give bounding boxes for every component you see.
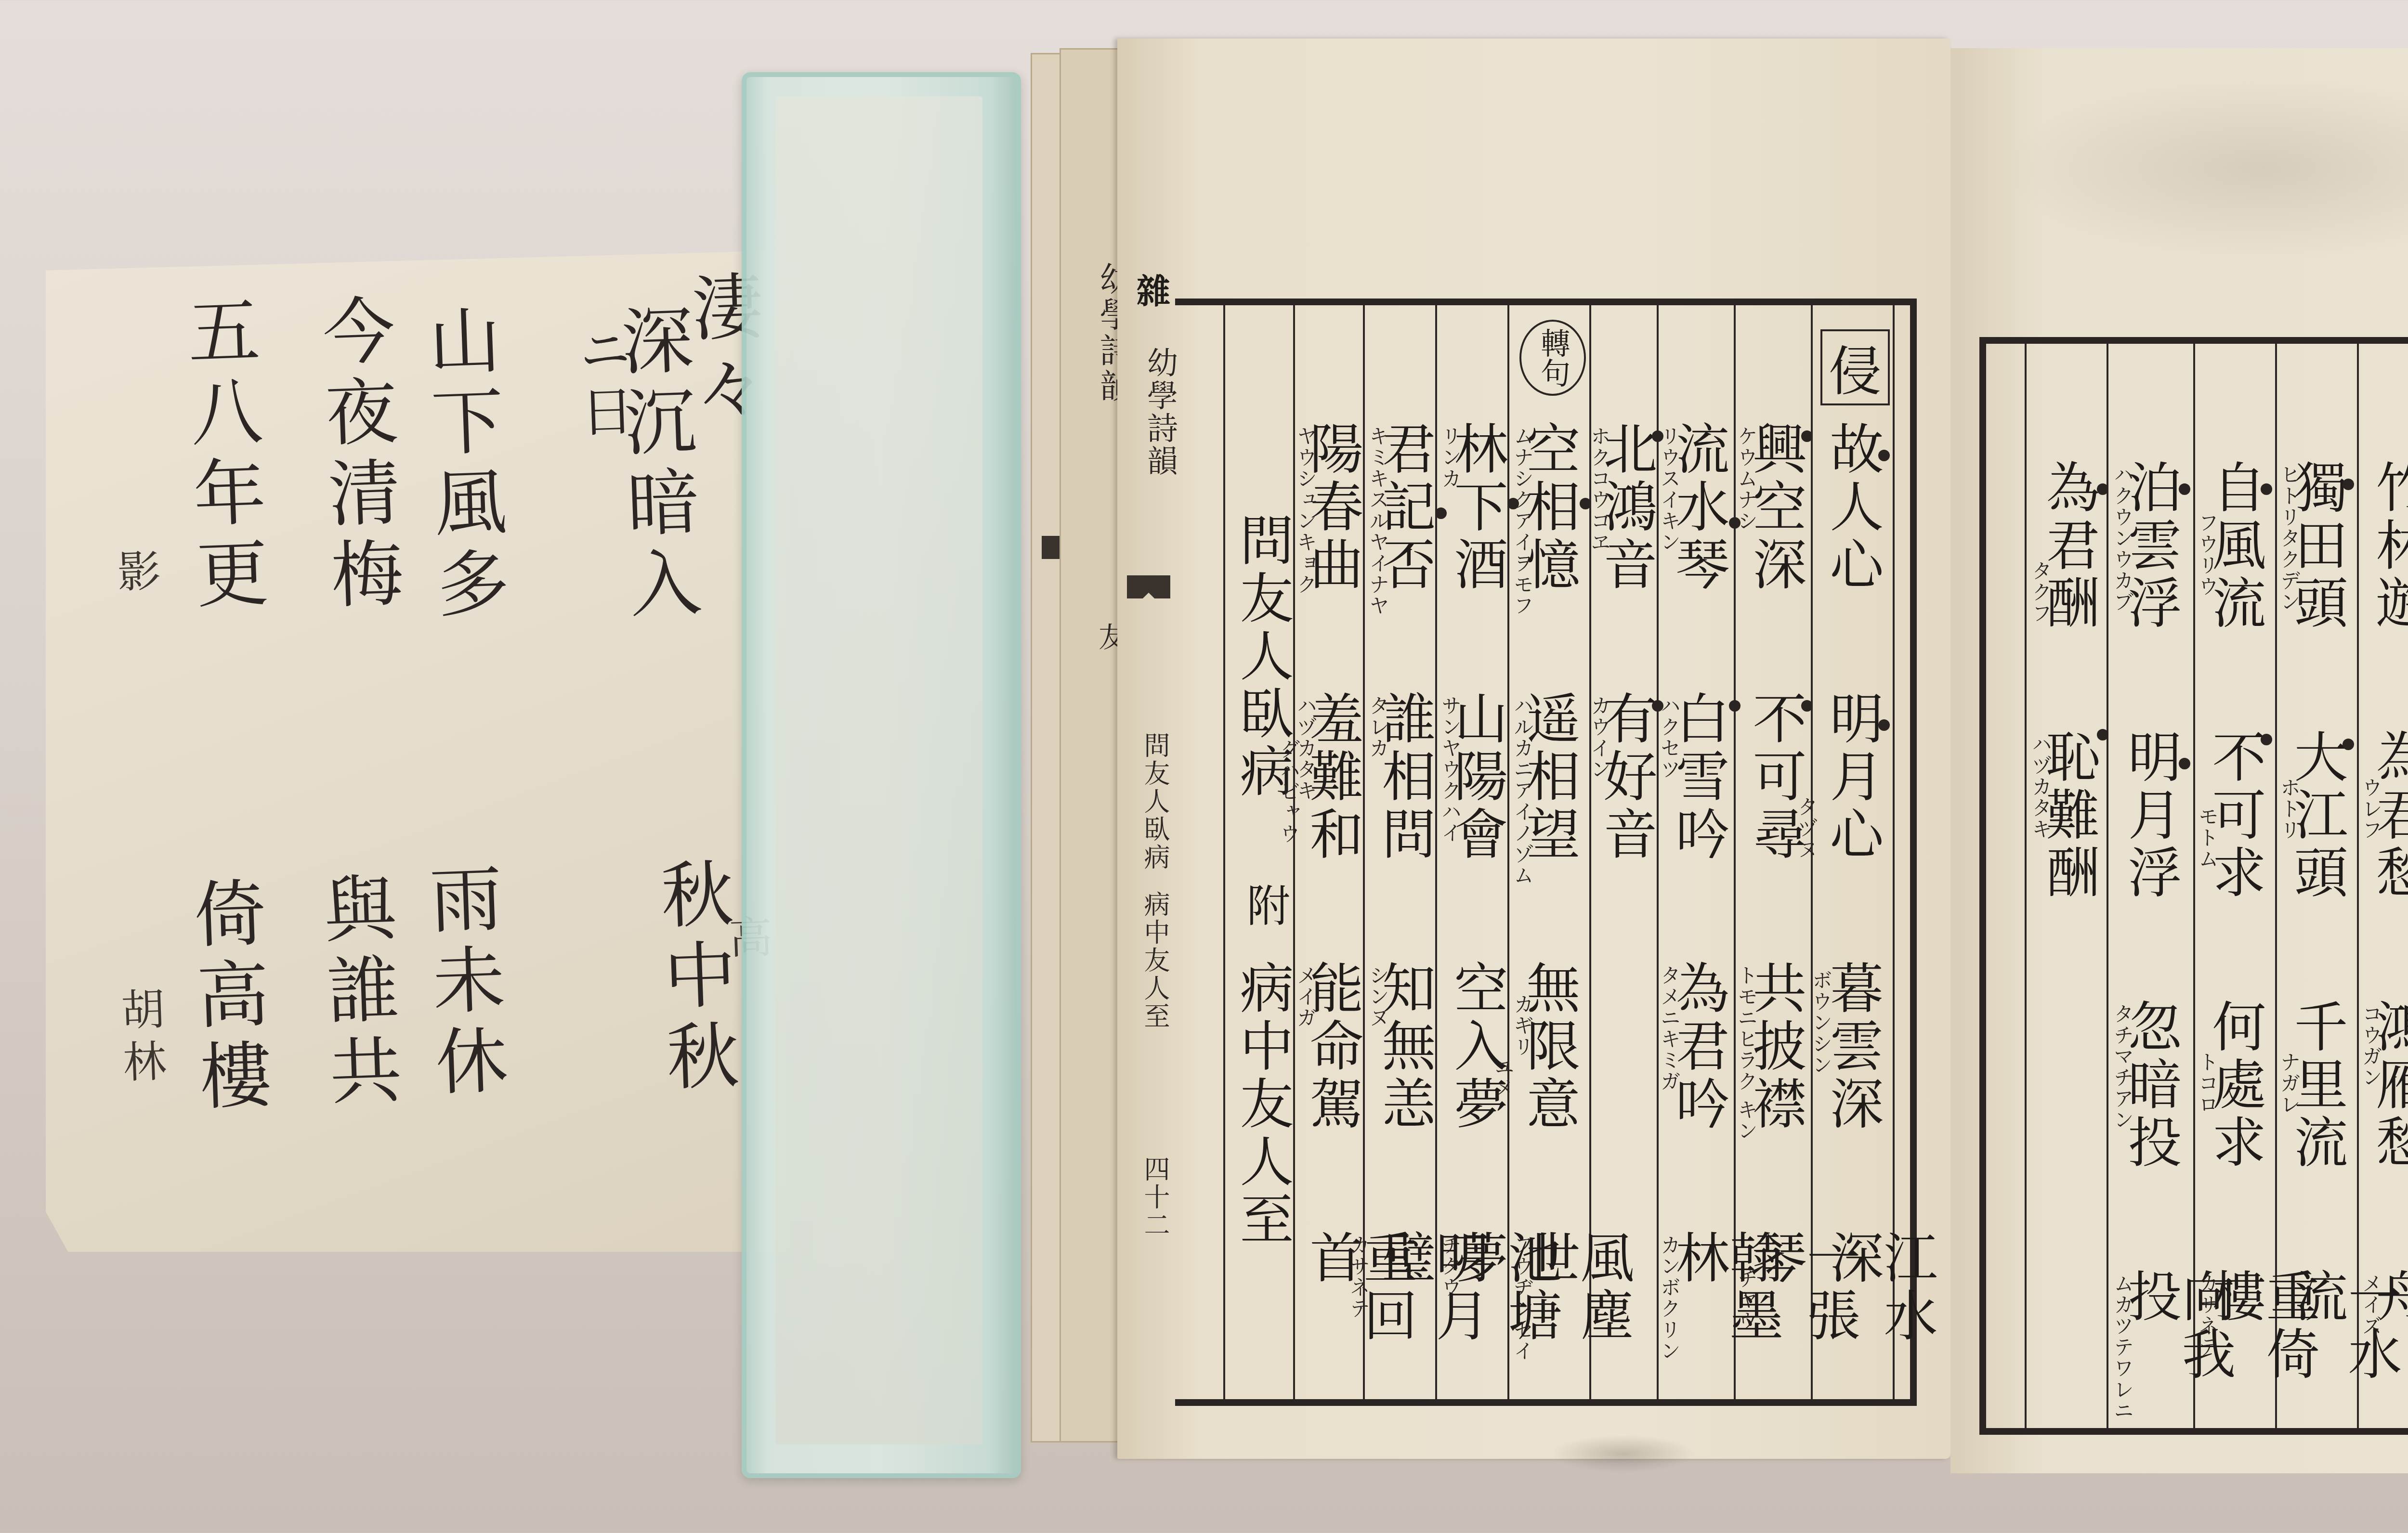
slip-column: 山下風多	[420, 302, 504, 628]
ruby: メイガ	[1296, 965, 1316, 1028]
ruby: ホトリ	[2279, 777, 2299, 841]
punctuation-dot	[1878, 450, 1890, 461]
ruby: ムナシクアイヲモフ	[1512, 426, 1532, 616]
entry: 病中友人至	[1235, 960, 1289, 1249]
ruby: ケウムナシ	[1736, 426, 1756, 532]
ruby: タクフ	[2030, 560, 2051, 624]
ruby: ハクウンウカブ	[2112, 464, 2133, 612]
entry: 向我投	[2123, 1268, 2231, 1428]
ruby: トコロ	[2197, 1052, 2217, 1115]
ruby: トモニヒラク キン	[1736, 965, 1756, 1142]
column-rule	[2025, 344, 2027, 1428]
ruby: ハヅカタキ	[2030, 734, 2051, 840]
punctuation-dot	[1652, 700, 1663, 712]
slip-column: 今夜清梅	[314, 293, 398, 619]
punctuation-dot	[2179, 758, 2190, 769]
ruby: キミキスルヤイナヤ	[1368, 426, 1388, 616]
entry-note: 附	[1243, 883, 1286, 930]
column-rule	[2357, 344, 2359, 1428]
punctuation-dot	[1801, 430, 1813, 442]
punctuation-dot	[2343, 739, 2354, 750]
slip-column: 五八年更	[180, 293, 263, 619]
slip-column: ニ日	[574, 322, 631, 447]
punctuation-dot	[2343, 479, 2354, 490]
book-page-right: 尤 思悠悠 ヲモヒユウユウ 望悠悠 ノゾミ 肩勝遊 セウユウ 誤同遊 アヤマル …	[1950, 48, 2408, 1473]
paper-stain	[1551, 1435, 1695, 1473]
entry: 翰墨林	[1671, 1230, 1779, 1399]
page-number: 四十二	[1137, 1156, 1174, 1239]
entry: 空入夢	[1450, 960, 1504, 1133]
ruby: ムカツテワレニ	[2112, 1273, 2133, 1421]
ruby: グハビャウ	[1279, 739, 1299, 844]
slip-note: 影	[112, 548, 157, 601]
punctuation-dot	[1729, 517, 1741, 529]
ruby: リンカ	[1440, 426, 1460, 489]
entry: 竹林遊	[2371, 459, 2408, 633]
ruby: ユメ	[1493, 1056, 1513, 1099]
punctuation-dot	[1801, 700, 1813, 712]
entry: 故人心	[1825, 421, 1879, 594]
category-marker: 雜	[1137, 265, 1170, 313]
entry: 不可尋	[1748, 690, 1802, 864]
ruby: ホクコウコヱ	[1589, 426, 1610, 553]
ruby: タメニキミガ	[1659, 965, 1679, 1092]
ruby: サンヤウクハイ	[1440, 695, 1460, 844]
ruby: ヒトリタクデン	[2279, 464, 2299, 612]
page-border-frame: 尤 思悠悠 ヲモヒユウユウ 望悠悠 ノゾミ 肩勝遊 セウユウ 誤同遊 アヤマル …	[1979, 337, 2408, 1435]
slip-column: 雨未休	[422, 861, 502, 1106]
ruby: カサネテ	[1348, 1234, 1369, 1319]
ruby: カギリ	[1512, 994, 1532, 1057]
ruby: カンボクリン	[1659, 1234, 1679, 1362]
ruby: ハルカニアイノゾム	[1512, 695, 1532, 886]
punctuation-dot	[2179, 483, 2190, 495]
punctuation-dot	[2097, 483, 2108, 495]
punctuation-dot	[1580, 498, 1591, 509]
paper-smudge	[1999, 77, 2408, 260]
page-border-frame: 侵 故人心 明月心 暮雲深 ボウンシン 江水深 興空深 ケウムナシ 不可尋 タヅ…	[1175, 299, 1917, 1406]
book-page-left: 雜 幼學詩韻 問友人臥病 病中友人至 四十二 侵 故人心 明月心 暮雲深 ボウン…	[1117, 39, 1950, 1459]
slip-column: 秋中秋	[653, 856, 733, 1101]
handwritten-note-slip: 淒々 深沉暗入 ニ日 山下風多 今夜清梅 五八年更 影 秋中秋 高 雨未休 與誰…	[46, 250, 787, 1252]
ruby: ウレフ	[2361, 777, 2381, 841]
punctuation-dot	[2097, 729, 2108, 741]
rhyme-head-box: 侵	[1820, 329, 1890, 405]
spine-topic: 病中友人至	[1137, 891, 1174, 1030]
glass-paperweight	[742, 72, 1021, 1478]
ruby: タヅヌ	[1796, 796, 1817, 860]
ruby: ヤウシュンキョク	[1296, 426, 1316, 595]
ruby: タチマチアン	[2112, 1003, 2133, 1130]
punctuation-dot	[1652, 430, 1663, 442]
punctuation-dot	[1878, 719, 1890, 731]
ruby: リウスイキン	[1659, 426, 1679, 553]
glass-reflection	[775, 96, 982, 1444]
ruby: モトム	[2197, 806, 2217, 870]
column-rule	[2107, 344, 2108, 1428]
punctuation-dot	[1507, 498, 1519, 509]
ruby: タレカ	[1368, 695, 1388, 759]
punctuation-dot	[2261, 483, 2272, 495]
entry: 明月浮	[2123, 729, 2177, 902]
spine-topic: 問友人臥病	[1137, 732, 1174, 871]
entry: 暮雲深	[1825, 960, 1879, 1133]
punctuation-dot	[1729, 700, 1741, 712]
punctuation-dot	[2261, 734, 2272, 745]
entry: 明月心	[1825, 690, 1879, 864]
turn-marker-circle: 轉句	[1519, 320, 1586, 396]
column-rule	[2275, 344, 2277, 1428]
ruby: フウリウ	[2197, 512, 2217, 597]
slip-column: 倚高樓	[186, 875, 266, 1120]
ruby: カウイン	[1589, 695, 1610, 780]
ruby: コウガン	[2361, 1003, 2381, 1088]
column-rule	[2193, 344, 2195, 1428]
ruby: ボウンシン	[1811, 970, 1831, 1076]
fishtail-mark	[1127, 575, 1170, 614]
slip-column: 與誰共	[316, 870, 396, 1116]
ruby: ナガレ	[2279, 1052, 2299, 1115]
punctuation-dot	[1435, 507, 1447, 519]
column-rule	[1223, 305, 1225, 1399]
ruby: シンヌ	[1368, 965, 1388, 1028]
slip-note: 胡林	[116, 986, 163, 1091]
